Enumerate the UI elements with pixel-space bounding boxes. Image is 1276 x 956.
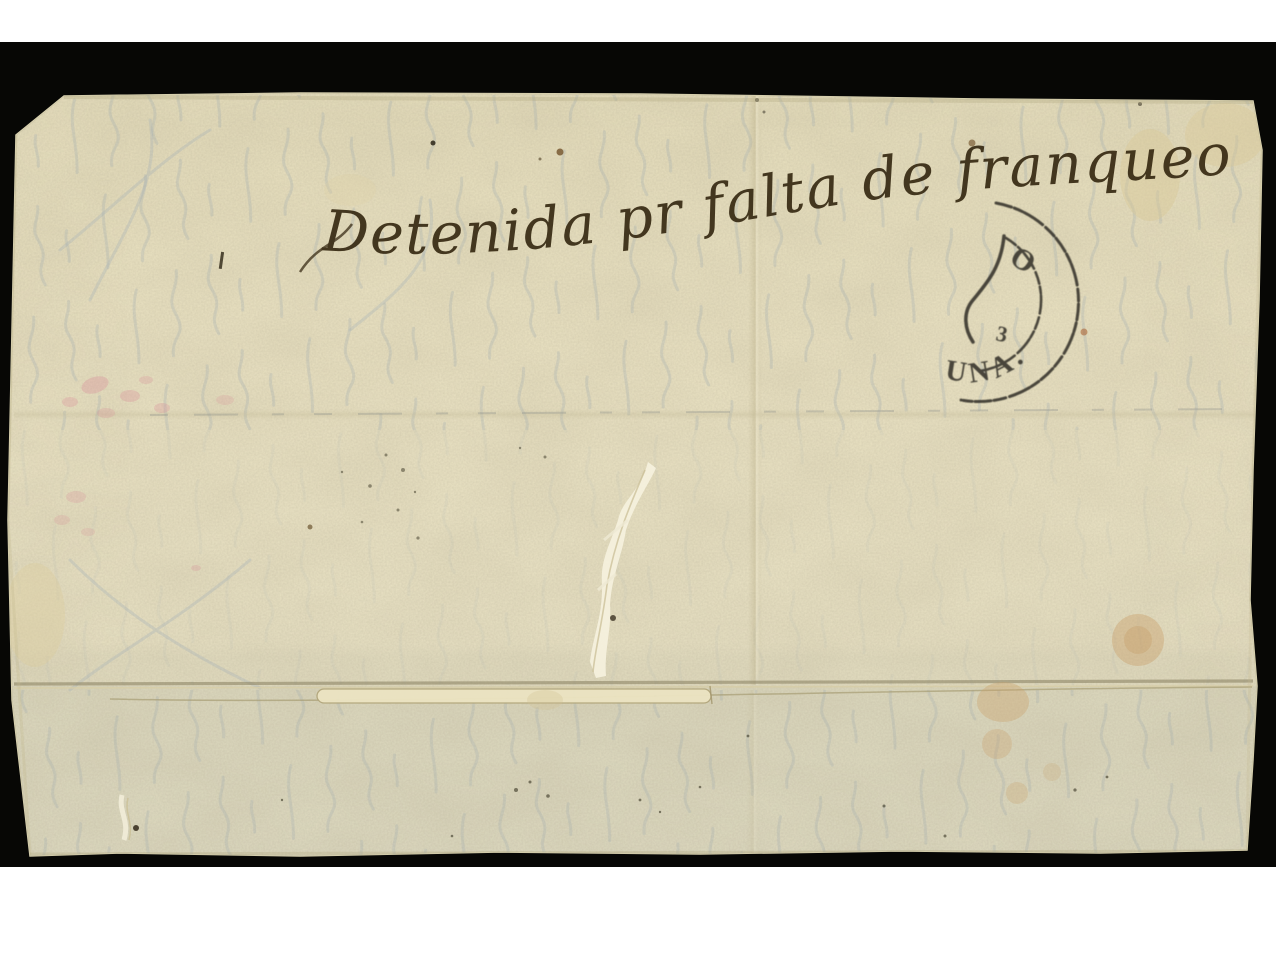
letter-sheet: Detenida pr falta de franqueo O UNA. 3	[0, 85, 1276, 865]
flap-tuck-edge	[317, 686, 712, 704]
flap-tone	[0, 686, 1276, 856]
horizontal-crease	[14, 409, 1254, 420]
photo-page: Detenida pr falta de franqueo O UNA. 3	[0, 0, 1276, 956]
letter-photo: Detenida pr falta de franqueo O UNA. 3	[0, 0, 1276, 956]
